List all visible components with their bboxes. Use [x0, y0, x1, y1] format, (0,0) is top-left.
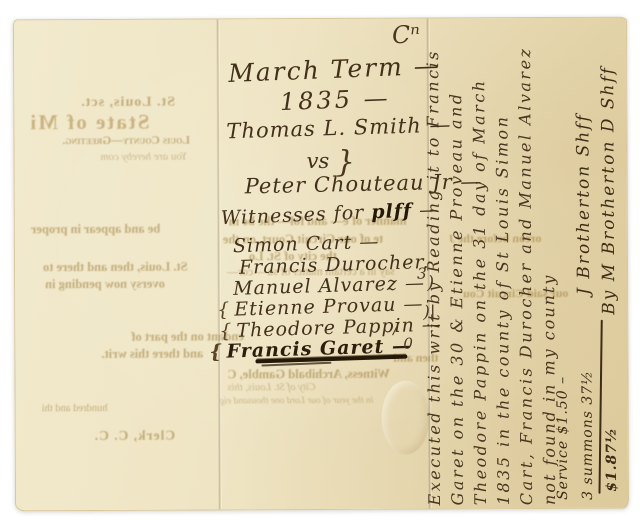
ink-mark: 0	[403, 335, 413, 353]
witness-brace: {	[209, 341, 223, 363]
witness-brace: {	[217, 299, 231, 321]
fold-crease-left	[216, 19, 222, 509]
showthrough-you-are-hereby: You are hereby com	[101, 151, 188, 163]
fee-service: Service $1.50 –	[553, 376, 572, 500]
fee-total: $1.87½	[603, 427, 621, 492]
witness-title-plff: plff	[371, 200, 413, 224]
witness-brace	[235, 257, 236, 279]
embossed-seal	[382, 381, 430, 455]
return-note-line: Theodore Pappin on the 31 day of March	[469, 78, 491, 505]
court-term-year: 1835 —	[262, 83, 409, 117]
showthrough-state-of: State of Mi	[28, 110, 149, 136]
document-sheet: St. Louis, sct. State of Mi Louis County…	[13, 17, 629, 512]
showthrough-county-greeting: Louis County—Greeting.	[62, 135, 190, 148]
versus-text: vs	[306, 149, 329, 173]
corner-mark: Cⁿ	[391, 20, 421, 50]
showthrough-year-of-our-lord: in the year of our Lord one thousand eig	[220, 396, 374, 407]
witness-brace	[229, 278, 230, 300]
return-note-line: Cart, Francis Durocher and Manuel Alvare…	[515, 47, 537, 506]
showthrough-hundred-and: hundred and thi	[42, 403, 108, 414]
return-note-line: Garet on the 30 & Etienne Proveau and	[446, 91, 468, 505]
witness-brace	[229, 235, 230, 257]
showthrough-appear-in-proper: be and appear in proper	[31, 222, 161, 238]
showthrough-now-pending: oversy now pending in	[45, 277, 165, 293]
ink-mark: /	[393, 319, 398, 338]
witness-brace: {	[219, 320, 233, 342]
showthrough-city-this-day: City of St. Louis, this	[228, 382, 316, 393]
deputy-sheriff-signature: By M Brotherton D Shff	[598, 66, 619, 315]
plaintiff-name: Thomas L. Smith —	[226, 112, 452, 143]
showthrough-witness-gamble: Witness, Archibald Gamble, C	[227, 367, 389, 383]
showthrough-then-and-there: St. Louis, then and there to	[43, 260, 188, 276]
showthrough-st-louis-sct: St. Louis, sct.	[80, 95, 175, 111]
return-note-line: 1835 in the county of St Louis Simon	[492, 115, 514, 506]
showthrough-there-this-writ: and there this writ.	[101, 347, 203, 362]
sheriff-signature: J Brotherton Shff	[573, 113, 594, 295]
showthrough-clerk-cc: Clerk, C. C.	[94, 428, 175, 444]
return-note-line: Executed this writ by Reading it to Fran…	[423, 49, 445, 505]
fee-summons: 3 summons 37½	[578, 370, 597, 500]
